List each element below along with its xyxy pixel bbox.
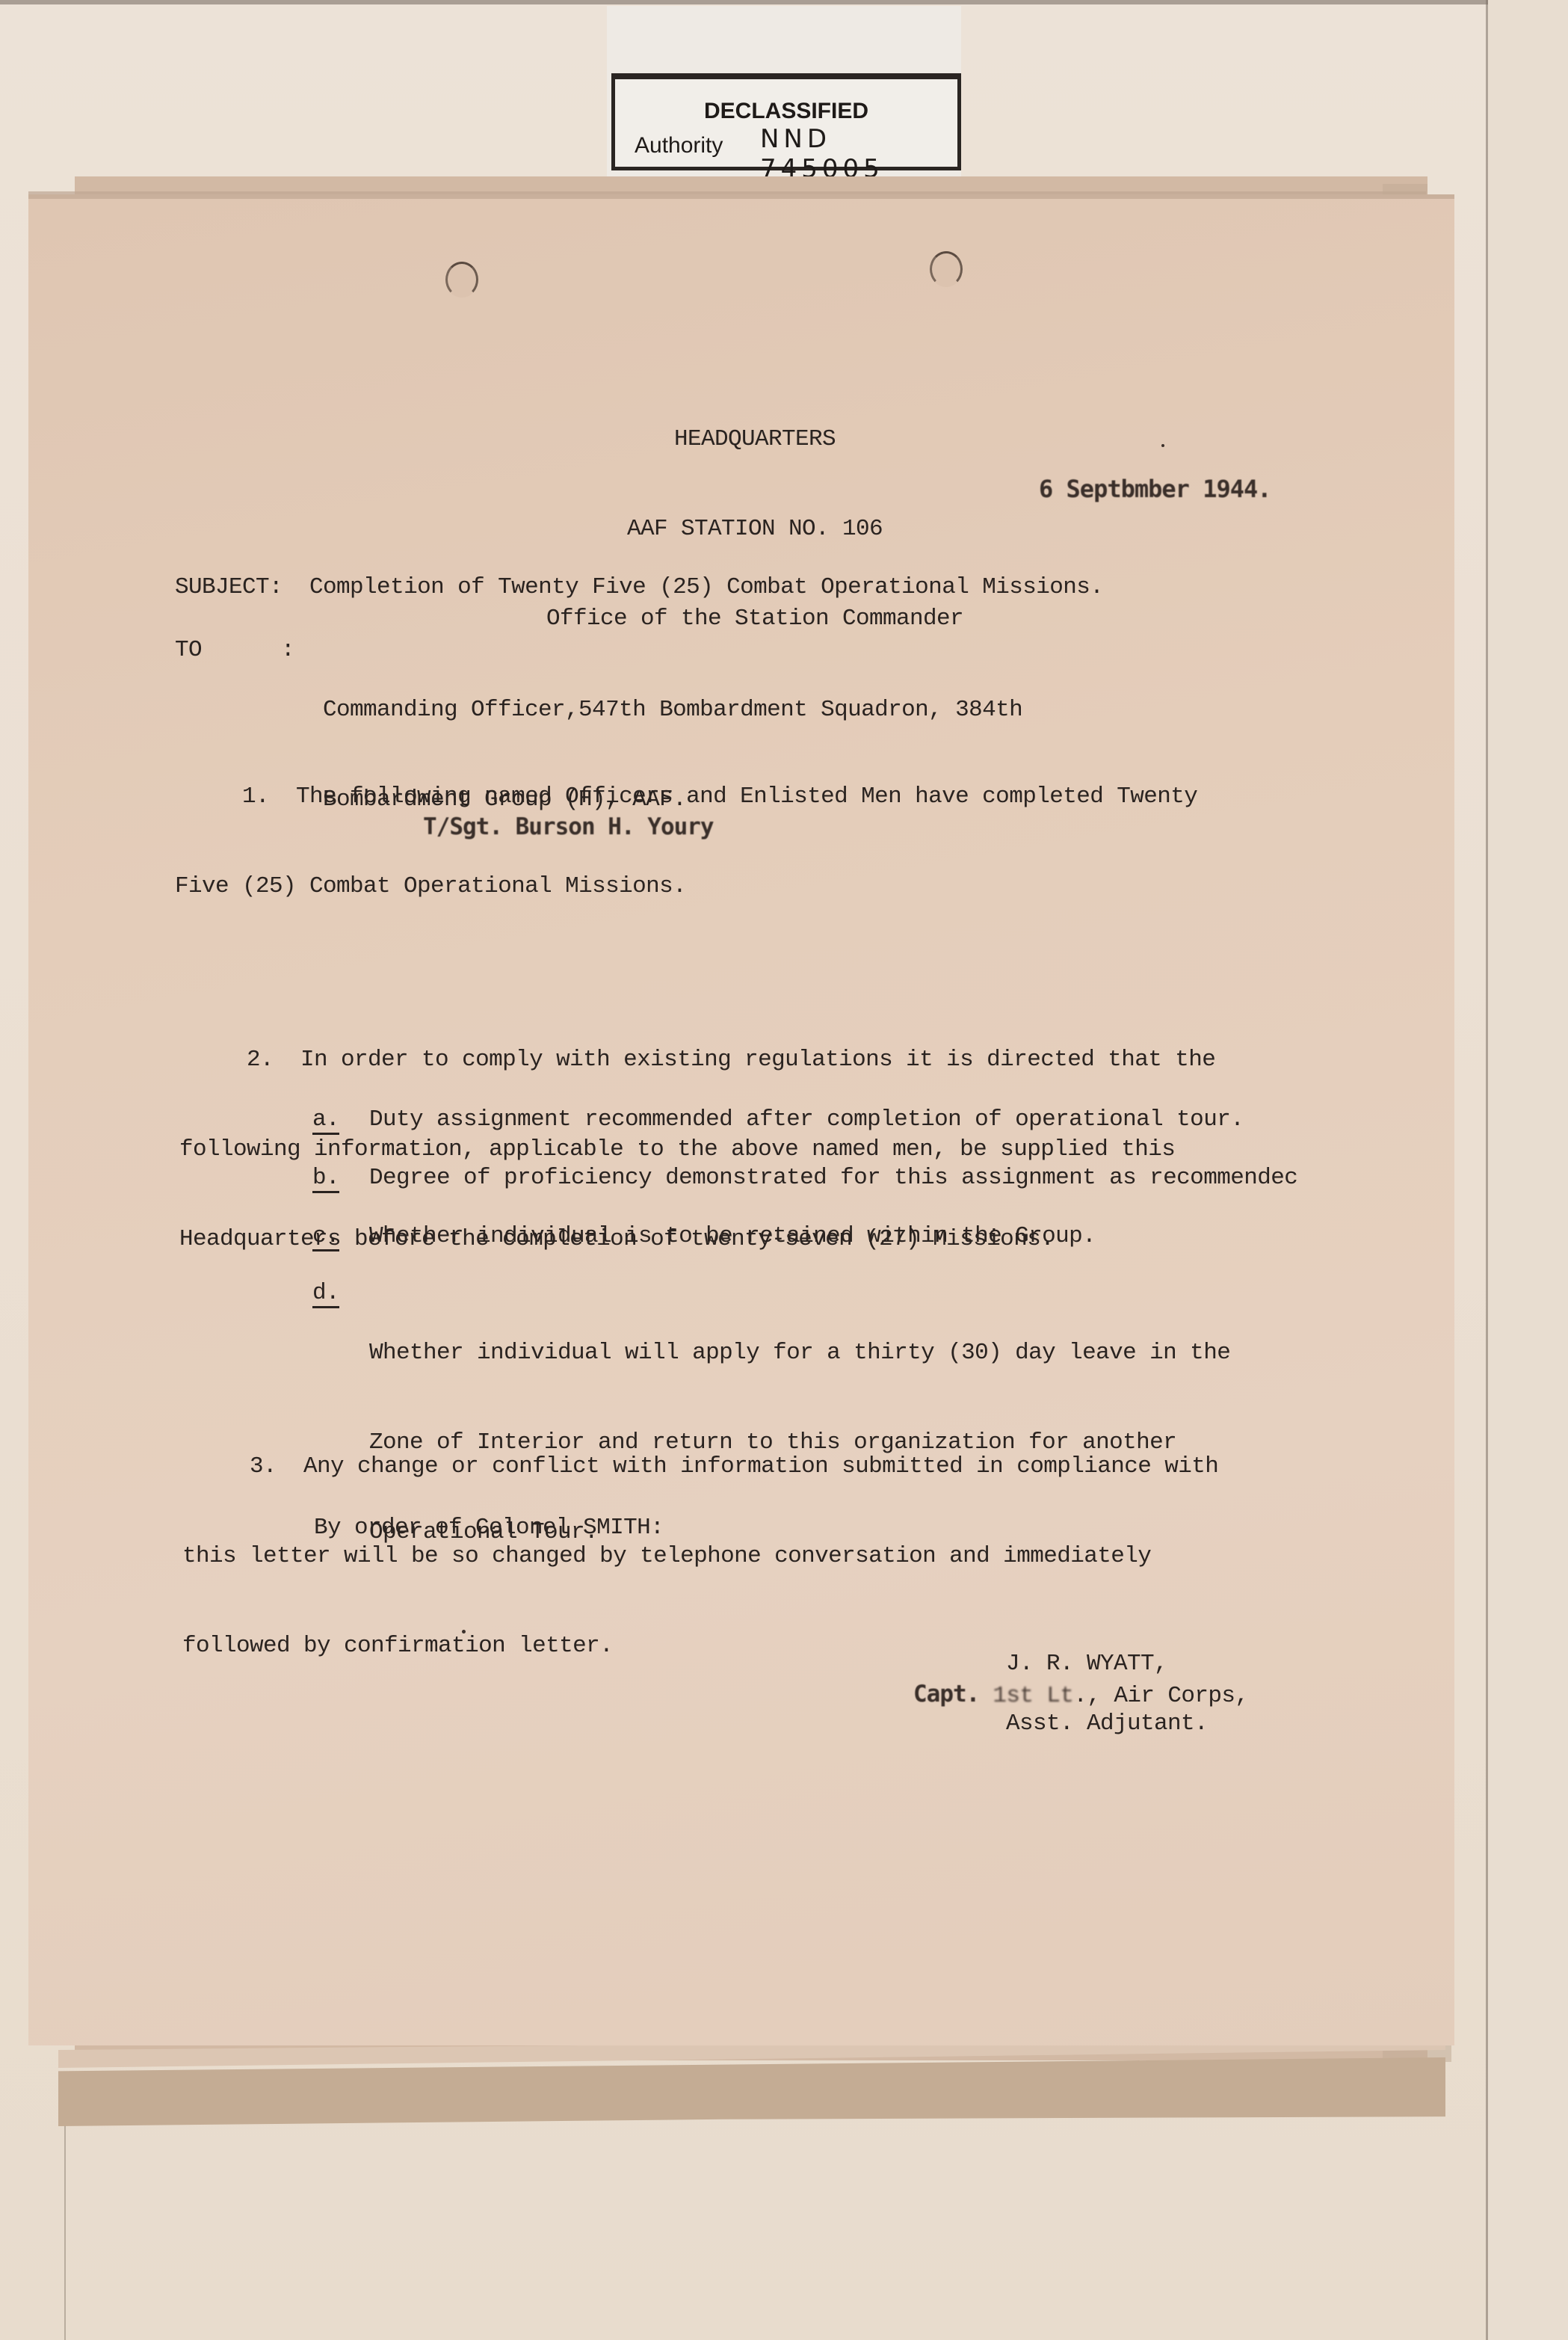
board-edge-line [1486, 0, 1488, 2340]
signature-rank-suffix: ., Air Corps, [1073, 1683, 1248, 1709]
list-item-d: d. Whether individual will apply for a t… [312, 1278, 339, 1368]
subject-line: SUBJECT: Completion of Twenty Five (25) … [175, 573, 1103, 603]
signature-name: J. R. WYATT, [1006, 1649, 1167, 1679]
punch-hole-icon [445, 262, 478, 298]
paragraph-2-line: 2. In order to comply with existing regu… [179, 1045, 1215, 1075]
named-personnel: T/Sgt. Burson H. Youry [423, 812, 714, 842]
declassified-stamp: DECLASSIFIED Authority NND 745005 [611, 73, 961, 170]
item-letter: c. [312, 1222, 339, 1251]
signature-title: Asst. Adjutant. [1006, 1709, 1208, 1739]
item-text: Whether individual is to be retained wit… [369, 1222, 1096, 1251]
item-text: Degree of proficiency demonstrated for t… [369, 1163, 1297, 1193]
paragraph-3-line: this letter will be so changed by teleph… [182, 1542, 1218, 1571]
top-edge [0, 0, 1568, 4]
item-text-line: Whether individual will apply for a thir… [369, 1338, 1230, 1368]
punch-hole-icon [930, 251, 963, 287]
paragraph-3-line: 3. Any change or conflict with informati… [182, 1452, 1218, 1482]
letterhead-line-2: AAF STATION NO. 106 [419, 514, 1091, 544]
item-text: Duty assignment recommended after comple… [369, 1105, 1244, 1135]
paragraph-1-line: 1. The following named Officers and Enli… [175, 782, 1197, 812]
to-line-1: Commanding Officer,547th Bombardment Squ… [323, 695, 1022, 725]
signature-rank-struck: 1st Lt [993, 1683, 1073, 1709]
to-colon: : [281, 635, 294, 665]
authorization-line: By order of Colonel SMITH: [314, 1513, 664, 1543]
letterhead-line-3: Office of the Station Commander [419, 604, 1091, 634]
signature-rank: Capt. 1st Lt., Air Corps, [913, 1679, 1248, 1711]
stamp-authority-label: Authority [635, 133, 723, 158]
subject-text: Completion of Twenty Five (25) Combat Op… [309, 574, 1103, 600]
letterhead-line-1: HEADQUARTERS [419, 425, 1091, 455]
item-letter: d. [312, 1278, 339, 1308]
to-label: TO [175, 635, 202, 665]
item-letter: b. [312, 1163, 339, 1193]
letterhead: HEADQUARTERS AAF STATION NO. 106 Office … [419, 365, 1091, 664]
signature-rank-prefix: Capt. [913, 1681, 979, 1708]
subject-label: SUBJECT: [175, 574, 283, 600]
item-letter: a. [312, 1105, 339, 1135]
ink-speck [1161, 444, 1164, 447]
board-right-strip [1488, 0, 1568, 2340]
letter-date: 6 Septbmber 1944. [1039, 474, 1271, 504]
ink-speck [462, 1630, 466, 1634]
paragraph-1-line: Five (25) Combat Operational Missions. [175, 872, 1197, 902]
stamp-title: DECLASSIFIED [615, 99, 957, 124]
